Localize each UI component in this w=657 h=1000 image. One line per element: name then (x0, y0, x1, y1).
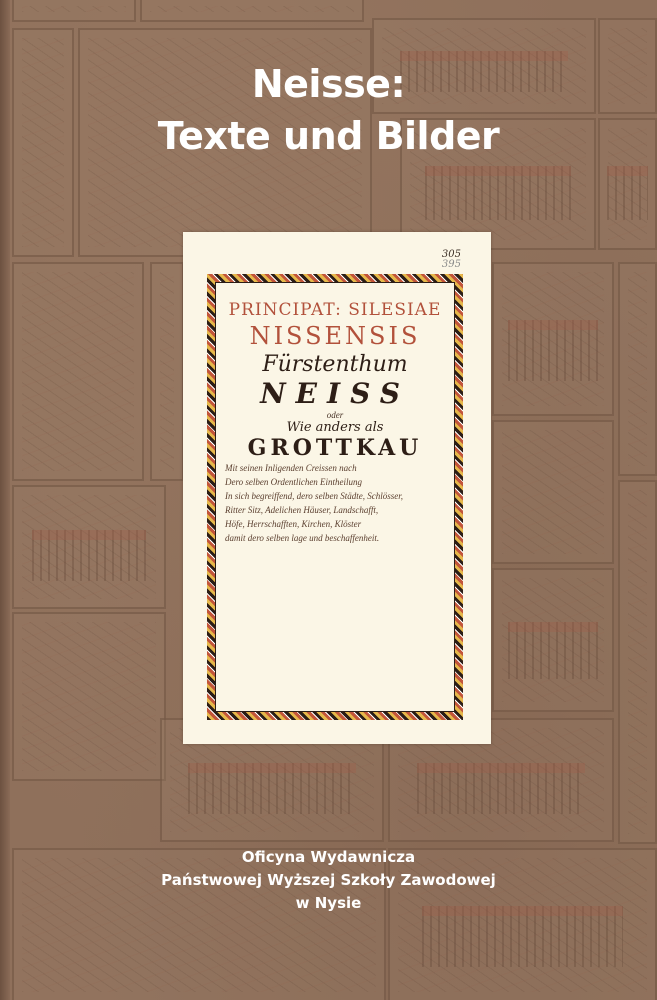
background-panel-garden (492, 420, 614, 564)
background-panel-town-left (12, 612, 166, 781)
manuscript-body: Mit seinen Inligenden Creissen nach Dero… (215, 461, 455, 545)
background-panel-top-strip (12, 0, 136, 22)
publisher-line-3: w Nysie (0, 892, 657, 915)
manuscript-heading-latin: PRINCIPAT: SILESIAE (215, 300, 455, 320)
background-panel-buildings-lower-right (492, 568, 614, 712)
manuscript-heading-nissensis: NISSENSIS (215, 322, 455, 350)
manuscript-wie-anders: Wie anders als (215, 420, 455, 435)
manuscript-oder: oder (215, 410, 455, 420)
title-line-2: Texte und Bilder (0, 110, 657, 162)
background-panel-top-strip-2 (140, 0, 364, 22)
background-panel-church-left (12, 485, 166, 609)
background-panel-edge-lower-right (618, 480, 657, 844)
background-panel-map-mid-left (12, 262, 144, 481)
background-panel-building-mid-right (492, 262, 614, 416)
book-cover: Neisse: Texte und Bilder 305 395 PRINCIP… (0, 0, 657, 1000)
manuscript-grottkau: GROTTKAU (215, 435, 455, 461)
manuscript-neiss: NEISS (215, 377, 455, 410)
ornamental-border: PRINCIPAT: SILESIAE NISSENSIS Fürstenthu… (207, 274, 463, 720)
manuscript-page-image: 305 395 PRINCIPAT: SILESIAE NISSENSIS Fü… (183, 232, 491, 744)
background-panel-edge-mid-right (618, 262, 657, 476)
publisher-imprint: Oficyna Wydawnicza Państwowej Wyższej Sz… (0, 846, 657, 915)
book-title: Neisse: Texte und Bilder (0, 58, 657, 162)
manuscript-fuerstenthum: Fürstenthum (215, 352, 455, 377)
folio-number: 305 395 (442, 250, 461, 270)
publisher-line-2: Państwowej Wyższej Szkoły Zawodowej (0, 869, 657, 892)
publisher-line-1: Oficyna Wydawnicza (0, 846, 657, 869)
manuscript-text: PRINCIPAT: SILESIAE NISSENSIS Fürstenthu… (215, 300, 455, 545)
background-panel-strip-mid (150, 262, 184, 481)
title-line-1: Neisse: (0, 58, 657, 110)
